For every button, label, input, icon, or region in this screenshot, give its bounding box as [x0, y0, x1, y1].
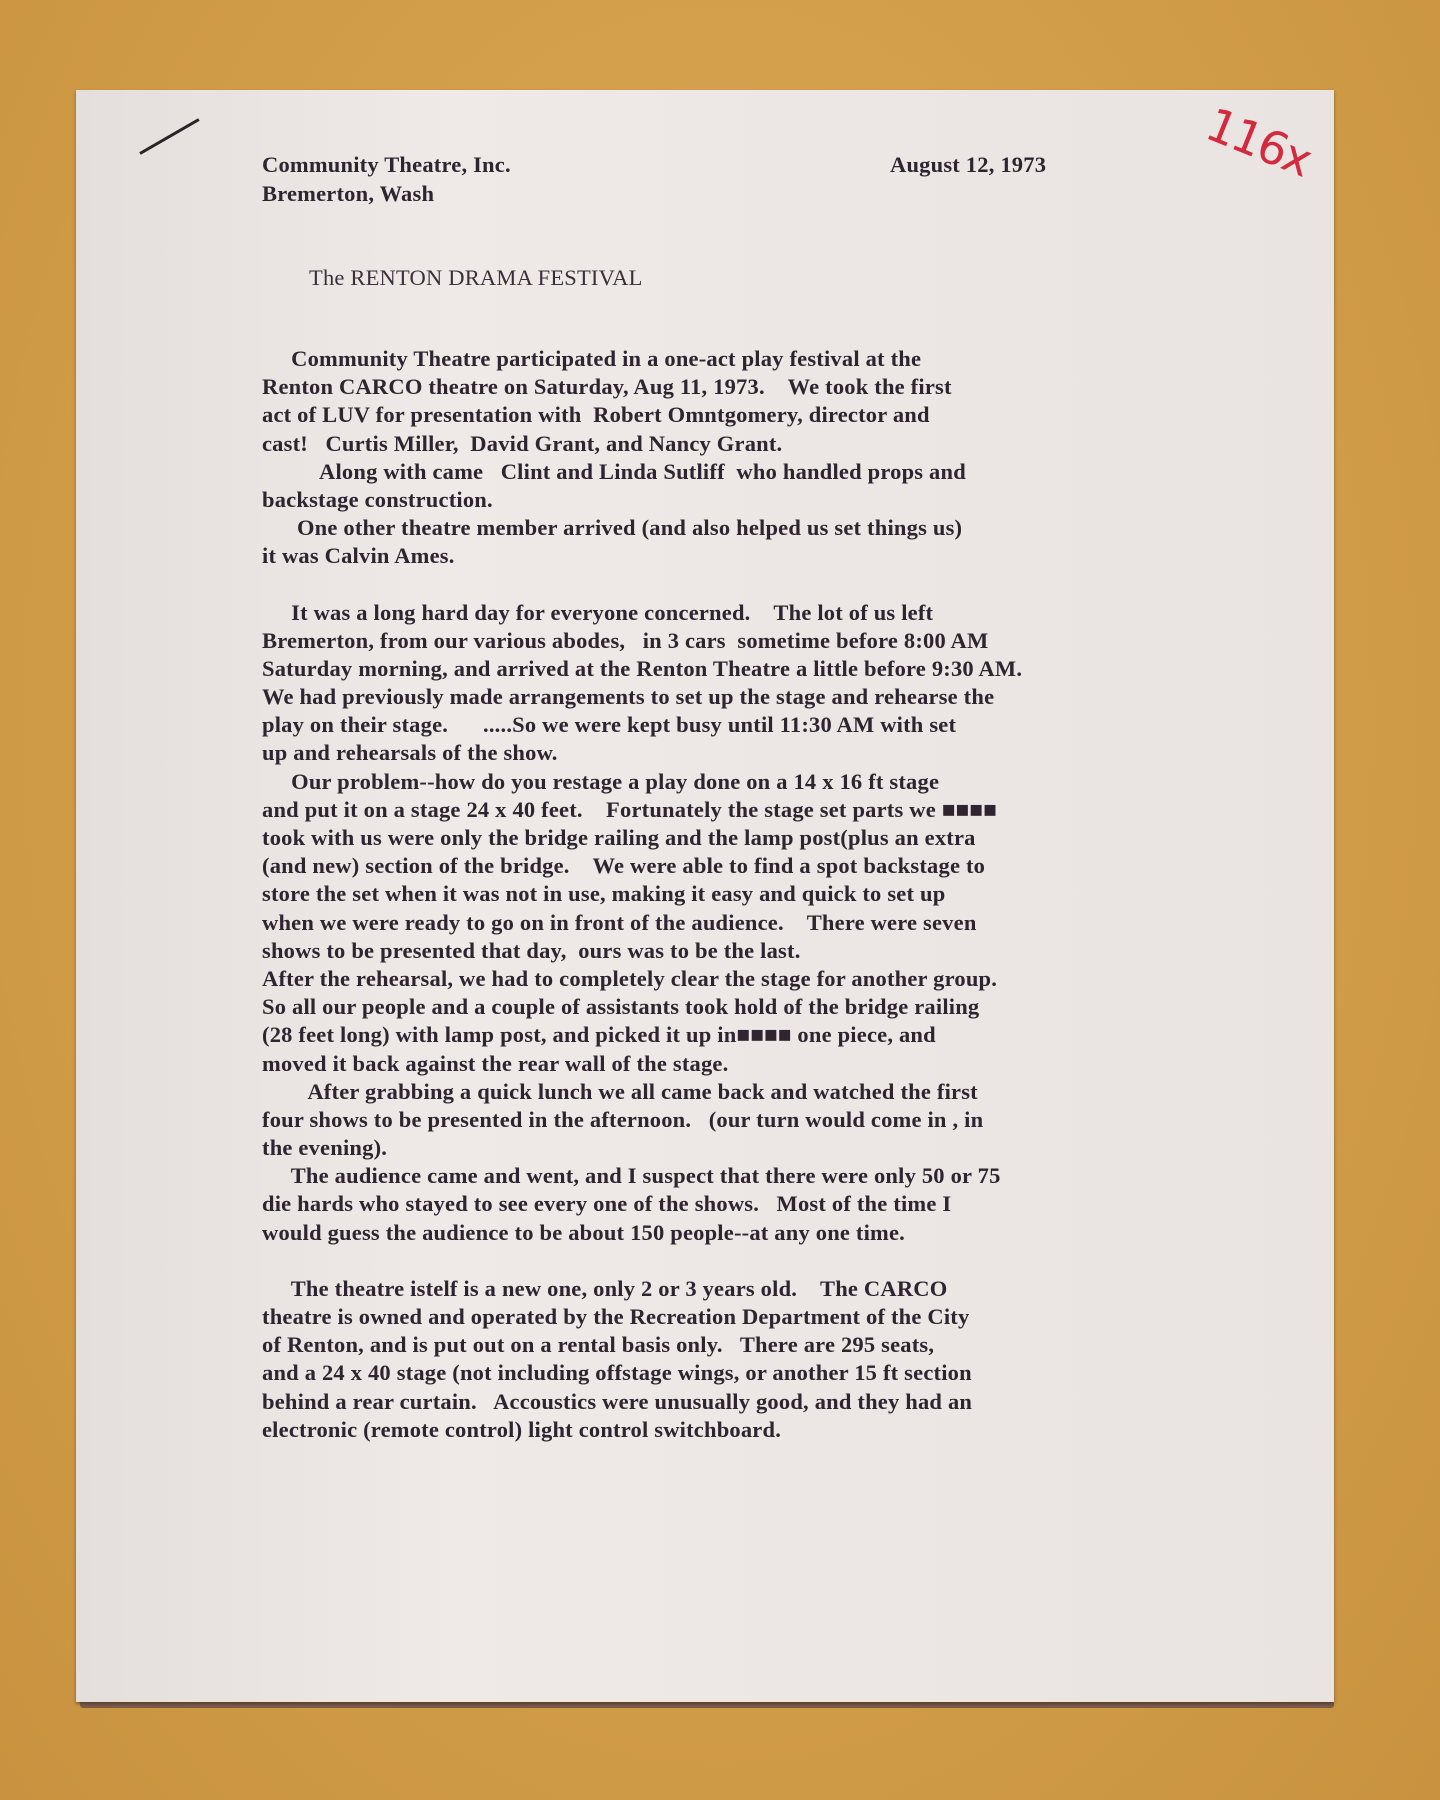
text-line: cast! Curtis Miller, David Grant, and Na…	[262, 430, 1242, 458]
text-line: electronic (remote control) light contro…	[262, 1416, 1242, 1444]
text-line: After the rehearsal, we had to completel…	[262, 965, 1242, 993]
text-line: Saturday morning, and arrived at the Ren…	[262, 655, 1242, 683]
letterhead: Community Theatre, Inc. Bremerton, Wash	[262, 150, 511, 208]
paragraph: The theatre istelf is a new one, only 2 …	[262, 1275, 1242, 1444]
text-line: Community Theatre participated in a one-…	[262, 345, 1242, 373]
text-line: It was a long hard day for everyone conc…	[262, 599, 1242, 627]
text-line: up and rehearsals of the show.	[262, 739, 1242, 767]
text-line: (and new) section of the bridge. We were…	[262, 852, 1242, 880]
text-line: the evening).	[262, 1134, 1242, 1162]
text-line: Along with came Clint and Linda Sutliff …	[262, 458, 1242, 486]
text-line: Renton CARCO theatre on Saturday, Aug 11…	[262, 373, 1242, 401]
text-line: took with us were only the bridge railin…	[262, 824, 1242, 852]
text-line: and put it on a stage 24 x 40 feet. Fort…	[262, 796, 1242, 824]
text-line: store the set when it was not in use, ma…	[262, 880, 1242, 908]
text-line: So all our people and a couple of assist…	[262, 993, 1242, 1021]
paragraph: Community Theatre participated in a one-…	[262, 345, 1242, 571]
text-line: act of LUV for presentation with Robert …	[262, 401, 1242, 429]
text-line: The theatre istelf is a new one, only 2 …	[262, 1275, 1242, 1303]
text-line: We had previously made arrangements to s…	[262, 683, 1242, 711]
paragraph-gap	[262, 1247, 1242, 1275]
text-line: One other theatre member arrived (and al…	[262, 514, 1242, 542]
text-line: backstage construction.	[262, 486, 1242, 514]
text-line: four shows to be presented in the aftern…	[262, 1106, 1242, 1134]
text-line: theatre is owned and operated by the Rec…	[262, 1303, 1242, 1331]
text-line: Bremerton, from our various abodes, in 3…	[262, 627, 1242, 655]
text-line: (28 feet long) with lamp post, and picke…	[262, 1021, 1242, 1049]
text-line: and a 24 x 40 stage (not including offst…	[262, 1359, 1242, 1387]
text-line: behind a rear curtain. Accoustics were u…	[262, 1388, 1242, 1416]
document-title: The RENTON DRAMA FESTIVAL	[309, 263, 643, 292]
organization-name: Community Theatre, Inc.	[262, 150, 511, 179]
text-line: shows to be presented that day, ours was…	[262, 937, 1242, 965]
text-line: play on their stage. .....So we were kep…	[262, 711, 1242, 739]
paragraph: It was a long hard day for everyone conc…	[262, 599, 1242, 1247]
organization-location: Bremerton, Wash	[262, 179, 511, 208]
text-line: of Renton, and is put out on a rental ba…	[262, 1331, 1242, 1359]
text-line: moved it back against the rear wall of t…	[262, 1050, 1242, 1078]
text-line: it was Calvin Ames.	[262, 542, 1242, 570]
letter-body: Community Theatre participated in a one-…	[262, 345, 1242, 1444]
text-line: would guess the audience to be about 150…	[262, 1219, 1242, 1247]
text-line: Our problem--how do you restage a play d…	[262, 768, 1242, 796]
text-line: The audience came and went, and I suspec…	[262, 1162, 1242, 1190]
text-line: die hards who stayed to see every one of…	[262, 1190, 1242, 1218]
text-line: when we were ready to go on in front of …	[262, 909, 1242, 937]
paragraph-gap	[262, 571, 1242, 599]
letter-date: August 12, 1973	[890, 150, 1046, 179]
text-line: After grabbing a quick lunch we all came…	[262, 1078, 1242, 1106]
